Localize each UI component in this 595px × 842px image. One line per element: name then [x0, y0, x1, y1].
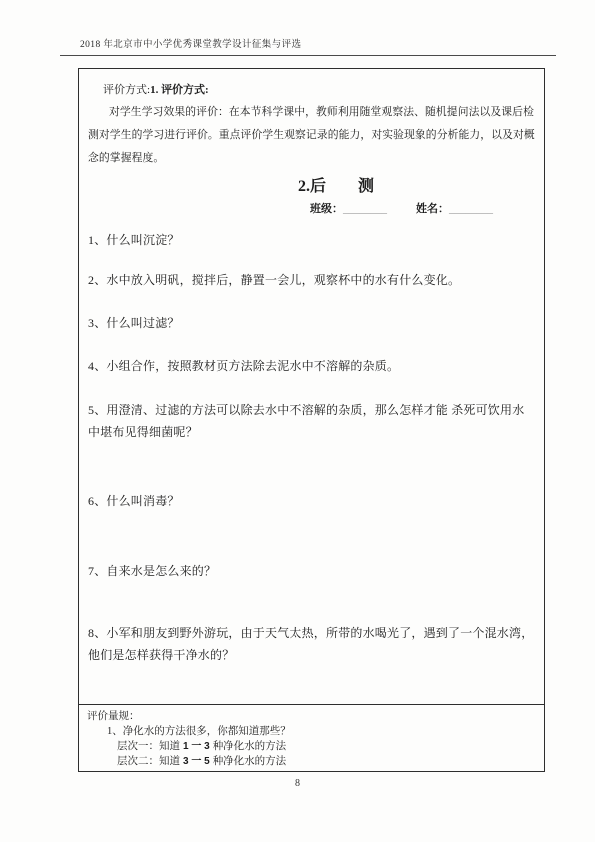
posttest-cell: 评价方式:1. 评价方式: 对学生学习效果的评价：在本节科学课中，教师利用随堂观… [79, 69, 544, 705]
question-7: 7、自来水是怎么来的？ [88, 560, 535, 582]
question-4: 4、小组合作，按照教材页方法除去泥水中不溶解的杂质。 [88, 355, 535, 377]
rubric-level-1: 层次一：知道1 一 3种净化水的方法 [117, 739, 536, 754]
rubric-question: 1、净化水的方法很多，你都知道那些？ [107, 724, 536, 739]
question-1: 1、什么叫沉淀？ [88, 229, 535, 251]
rubric-level-2-prefix: 层次二：知道 [117, 756, 180, 767]
question-2: 2、水中放入明矾，搅拌后，静置一会儿，观察杯中的水有什么变化。 [88, 269, 535, 291]
evaluation-heading-label: 评价方式: [103, 84, 150, 96]
rubric-level-2-range: 3 一 5 [183, 756, 210, 767]
rubric-level-2: 层次二：知道3 一 5种净化水的方法 [117, 754, 536, 769]
question-8: 8、小军和朋友到野外游玩，由于天气太热，所带的水喝光了，遇到了一个混水湾，他们是… [88, 622, 535, 666]
question-3: 3、什么叫过滤？ [88, 312, 535, 334]
content-table: 评价方式:1. 评价方式: 对学生学习效果的评价：在本节科学课中，教师利用随堂观… [78, 68, 545, 772]
rubric-level-1-suffix: 种净化水的方法 [213, 741, 287, 752]
name-blank-field: ________ [449, 203, 493, 215]
document-page: 2018 年北京市中小学优秀课堂教学设计征集与评选 评价方式:1. 评价方式: … [0, 0, 595, 842]
class-name-line: 班级：________姓名：________ [310, 201, 535, 217]
question-5: 5、用澄清、过滤的方法可以除去水中不溶解的杂质，那么怎样才能 杀死可饮用水中堪布… [88, 399, 535, 443]
rubric-level-1-range: 1 一 3 [183, 741, 210, 752]
class-blank-field: ________ [343, 203, 387, 215]
posttest-title: 2.后 测 [298, 176, 535, 198]
class-label: 班级： [310, 203, 343, 215]
rubric-title: 评价量规： [87, 709, 536, 724]
rubric-level-1-prefix: 层次一：知道 [117, 741, 180, 752]
header-title: 2018 年北京市中小学优秀课堂教学设计征集与评选 [80, 40, 301, 50]
question-6: 6、什么叫消毒？ [88, 490, 535, 512]
rubric-cell: 评价量规： 1、净化水的方法很多，你都知道那些？ 层次一：知道1 一 3种净化水… [79, 705, 544, 771]
evaluation-heading: 评价方式:1. 评价方式: [88, 81, 535, 99]
rubric-level-2-suffix: 种净化水的方法 [213, 756, 287, 767]
page-number: 8 [0, 778, 595, 789]
page-header: 2018 年北京市中小学优秀课堂教学设计征集与评选 [60, 36, 556, 56]
name-label: 姓名： [416, 203, 449, 215]
evaluation-body-text: 对学生学习效果的评价：在本节科学课中，教师利用随堂观察法、随机提问法以及课后检测… [88, 101, 535, 170]
evaluation-heading-label-bold: 1. 评价方式: [150, 84, 209, 96]
